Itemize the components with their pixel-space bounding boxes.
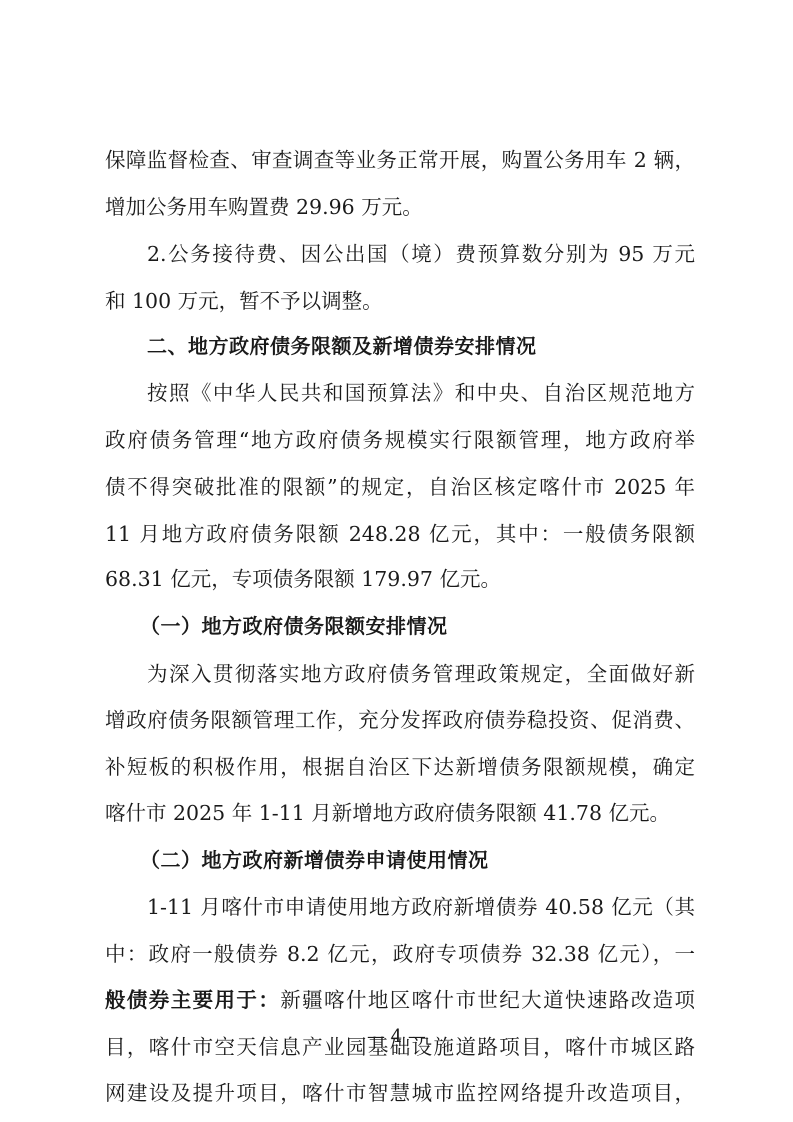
- text-line: 11 月地方政府债务限额 248.28 亿元，其中：一般债务限额: [105, 519, 695, 549]
- text-line: 为深入贯彻落实地方政府债务管理政策规定，全面做好新: [147, 659, 695, 689]
- text-line: 和 100 万元，暂不予以调整。: [105, 286, 695, 316]
- text-line: 按照《中华人民共和国预算法》和中央、自治区规范地方: [147, 378, 695, 408]
- text-line: 政府债务管理“地方政府债务规模实行限额管理，地方政府举: [105, 425, 695, 455]
- text-line: 增政府债务限额管理工作，充分发挥政府债券稳投资、促消费、: [105, 705, 695, 735]
- text-line: 2.公务接待费、因公出国（境）费预算数分别为 95 万元: [147, 239, 695, 269]
- text-line: 债不得突破批准的限额”的规定，自治区核定喀什市 2025 年: [105, 472, 695, 502]
- document-page: 保障监督检查、审查调查等业务正常开展，购置公务用车 2 辆， 增加公务用车购置费…: [0, 0, 793, 1122]
- text-line: 网建设及提升项目，喀什市智慧城市监控网络提升改造项目，: [105, 1078, 695, 1108]
- subheading-new-bonds: （二）地方政府新增债券申请使用情况: [140, 845, 688, 875]
- subheading-debt-limit: （一）地方政府债务限额安排情况: [140, 611, 688, 641]
- text-line: 喀什市 2025 年 1-11 月新增地方政府债务限额 41.78 亿元。: [105, 798, 695, 828]
- text-line: 保障监督检查、审查调查等业务正常开展，购置公务用车 2 辆，: [105, 145, 695, 175]
- text-line-mixed: 般债券主要用于：新疆喀什地区喀什市世纪大道快速路改造项: [105, 985, 695, 1015]
- text-run: 新疆喀什地区喀什市世纪大道快速路改造项: [280, 988, 695, 1012]
- text-line: 中：政府一般债券 8.2 亿元，政府专项债券 32.38 亿元），一: [105, 939, 695, 969]
- text-line: 增加公务用车购置费 29.96 万元。: [105, 192, 695, 222]
- page-number: — 4 —: [0, 1025, 793, 1049]
- text-line: 68.31 亿元，专项债务限额 179.97 亿元。: [105, 564, 695, 594]
- text-line: 补短板的积极作用，根据自治区下达新增债务限额规模，确定: [105, 752, 695, 782]
- text-line: 1-11 月喀什市申请使用地方政府新增债券 40.58 亿元（其: [147, 892, 695, 922]
- bold-lead-in: 般债券主要用于：: [105, 988, 280, 1012]
- section-heading: 二、地方政府债务限额及新增债券安排情况: [147, 331, 695, 361]
